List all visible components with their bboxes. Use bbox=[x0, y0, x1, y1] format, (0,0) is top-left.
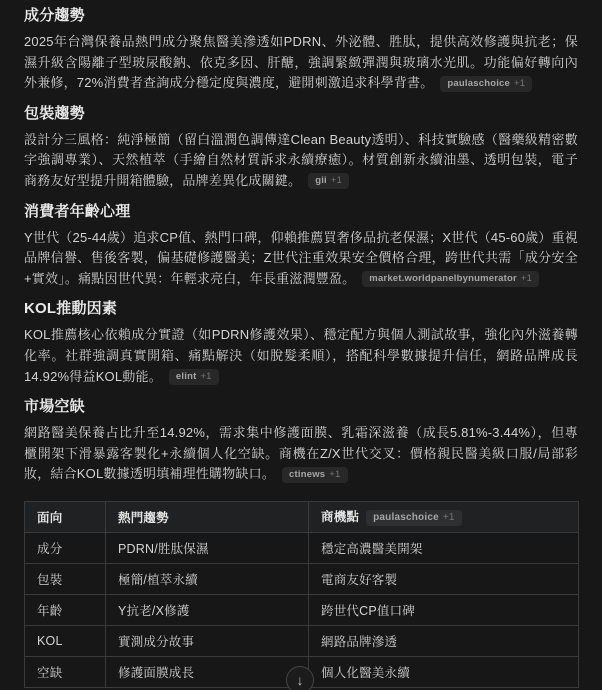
citation-badge[interactable]: gii+1 bbox=[308, 173, 349, 189]
section-heading: 消費者年齡心理 bbox=[24, 202, 578, 222]
table-row: 包裝 極簡/植萃永續 電商友好客製 bbox=[25, 563, 579, 594]
section-heading: 市場空缺 bbox=[24, 397, 578, 417]
citation-source: gii bbox=[315, 175, 327, 186]
citation-badge[interactable]: elint+1 bbox=[169, 369, 219, 385]
trends-summary-table: 面向 熱門趨勢 商機點paulaschoice+1 成分 PDRN/胜肽保濕 穩… bbox=[24, 501, 579, 688]
table-cell: 極簡/植萃永續 bbox=[106, 563, 309, 594]
table-header-row: 面向 熱門趨勢 商機點paulaschoice+1 bbox=[25, 501, 579, 532]
section-text: KOL推薦核心依賴成分實證（如PDRN修護效果）、穩定配方與個人測試故事，強化內… bbox=[24, 327, 578, 383]
table-cell: 修護面膜成長 bbox=[106, 656, 309, 687]
table-row: 成分 PDRN/胜肽保濕 穩定高濃醫美開架 bbox=[25, 532, 579, 563]
down-arrow-icon: ↓ bbox=[297, 672, 304, 688]
citation-source: paulaschoice bbox=[447, 78, 510, 89]
table-cell: 穩定高濃醫美開架 bbox=[309, 532, 579, 563]
section-consumer-age-psychology: 消費者年齡心理 Y世代（25-44歲）追求CP值、熱門口碑，仰賴推薦買奢侈品抗老… bbox=[24, 202, 578, 290]
citation-count: +1 bbox=[329, 469, 340, 480]
table-header-opportunity: 商機點paulaschoice+1 bbox=[309, 501, 579, 532]
table-cell: 實測成分故事 bbox=[106, 625, 309, 656]
table-row: 年齡 Y抗老/X修護 跨世代CP值口碑 bbox=[25, 594, 579, 625]
table-cell: 年齡 bbox=[25, 594, 106, 625]
citation-source: market.worldpanelbynumerator bbox=[369, 273, 517, 284]
section-kol-drivers: KOL推動因素 KOL推薦核心依賴成分實證（如PDRN修護效果）、穩定配方與個人… bbox=[24, 299, 578, 387]
section-heading: 成分趨勢 bbox=[24, 6, 578, 26]
section-body: KOL推薦核心依賴成分實證（如PDRN修護效果）、穩定配方與個人測試故事，強化內… bbox=[24, 325, 578, 387]
table-cell: PDRN/胜肽保濕 bbox=[106, 532, 309, 563]
section-body: Y世代（25-44歲）追求CP值、熱門口碑，仰賴推薦買奢侈品抗老保濕；X世代（4… bbox=[24, 228, 578, 290]
table-cell: 電商友好客製 bbox=[309, 563, 579, 594]
citation-badge[interactable]: paulaschoice+1 bbox=[440, 76, 532, 92]
section-text: 設計分三風格：純淨極簡（留白溫潤色調傳達Clean Beauty透明）、科技實驗… bbox=[24, 132, 578, 188]
report-page: 成分趨勢 2025年台灣保養品熱門成分聚焦醫美滲透如PDRN、外泌體、胜肽，提供… bbox=[0, 0, 602, 690]
section-ingredient-trends: 成分趨勢 2025年台灣保養品熱門成分聚焦醫美滲透如PDRN、外泌體、胜肽，提供… bbox=[24, 6, 578, 94]
citation-count: +1 bbox=[331, 175, 342, 186]
citation-count: +1 bbox=[521, 273, 532, 284]
table-row: KOL 實測成分故事 網路品牌滲透 bbox=[25, 625, 579, 656]
table-header-trend: 熱門趨勢 bbox=[106, 501, 309, 532]
table-header-aspect: 面向 bbox=[25, 501, 106, 532]
scroll-down-button[interactable]: ↓ bbox=[286, 666, 314, 690]
citation-count: +1 bbox=[200, 371, 211, 382]
citation-badge[interactable]: ctinews+1 bbox=[282, 467, 347, 483]
table-cell: 跨世代CP值口碑 bbox=[309, 594, 579, 625]
section-heading: KOL推動因素 bbox=[24, 299, 578, 319]
citation-badge[interactable]: market.worldpanelbynumerator+1 bbox=[362, 271, 539, 287]
table-cell: 成分 bbox=[25, 532, 106, 563]
citation-badge[interactable]: paulaschoice+1 bbox=[366, 510, 462, 526]
section-body: 網路醫美保養占比升至14.92%，需求集中修護面膜、乳霜深滋養（成長5.81%-… bbox=[24, 423, 578, 485]
section-body: 2025年台灣保養品熱門成分聚焦醫美滲透如PDRN、外泌體、胜肽，提供高效修護與… bbox=[24, 32, 578, 94]
table-header-label: 商機點 bbox=[321, 510, 359, 524]
citation-count: +1 bbox=[514, 78, 525, 89]
table-cell: 空缺 bbox=[25, 656, 106, 687]
citation-source: ctinews bbox=[289, 469, 325, 480]
table-cell: 個人化醫美永續 bbox=[309, 656, 579, 687]
citation-source: elint bbox=[176, 371, 197, 382]
table-cell: Y抗老/X修護 bbox=[106, 594, 309, 625]
section-heading: 包裝趨勢 bbox=[24, 104, 578, 124]
section-market-gaps: 市場空缺 網路醫美保養占比升至14.92%，需求集中修護面膜、乳霜深滋養（成長5… bbox=[24, 397, 578, 485]
citation-source: paulaschoice bbox=[373, 512, 439, 523]
citation-count: +1 bbox=[443, 512, 455, 523]
section-packaging-trends: 包裝趨勢 設計分三風格：純淨極簡（留白溫潤色調傳達Clean Beauty透明）… bbox=[24, 104, 578, 192]
table-cell: 包裝 bbox=[25, 563, 106, 594]
section-body: 設計分三風格：純淨極簡（留白溫潤色調傳達Clean Beauty透明）、科技實驗… bbox=[24, 130, 578, 192]
table-cell: KOL bbox=[25, 625, 106, 656]
table-cell: 網路品牌滲透 bbox=[309, 625, 579, 656]
